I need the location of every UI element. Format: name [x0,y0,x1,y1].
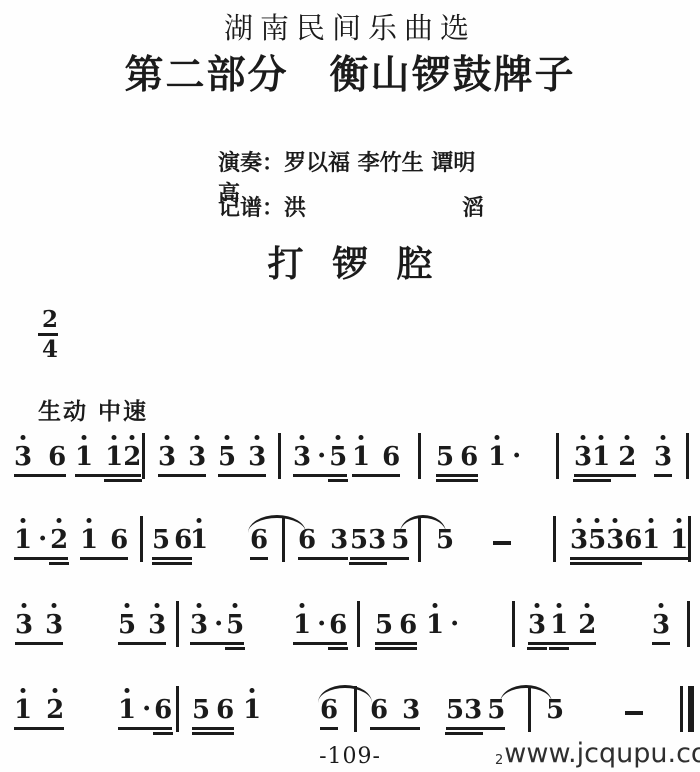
barline [512,601,515,647]
beam-underline [293,474,347,477]
beam-underline [293,642,347,645]
note-group: 6 [250,526,268,570]
sixteenth-underline [104,479,124,482]
octave-dot [130,435,135,440]
beam-underline [15,642,63,645]
beam-underline [158,474,206,477]
note: 5 [546,696,564,724]
note-row: 3·5 [190,611,244,639]
sixteenth-underline [225,647,245,650]
watermark: 2www.jcqupu.com [495,738,700,769]
beam-underline [350,557,409,560]
sixteenth-underline [445,732,465,735]
beam-underline [436,479,478,482]
octave-dot [250,688,255,693]
note-row: 312 [528,611,596,639]
octave-dot [165,435,170,440]
note-row: 56 [152,526,192,554]
octave-dot [57,518,62,523]
note-group: 63 [298,526,348,570]
barline [176,686,179,732]
octave-dot [82,435,87,440]
beam-underline [375,642,417,645]
note: 5 [436,526,454,554]
note: 1 [352,443,370,471]
beam-underline [375,647,417,650]
beam-underline [192,732,234,735]
beam-underline [14,727,64,730]
beam-underline [436,474,478,477]
note-row: 63 [298,526,348,554]
sixteenth-underline [122,479,142,482]
tie-arc [500,685,552,703]
barline [282,516,285,562]
note: 2 [46,696,64,724]
sixteenth-underline [573,479,593,482]
note-row: 56 [436,443,478,471]
note-group: 3 [654,443,672,487]
barline [418,433,421,479]
half-note-dash [625,711,643,715]
note-group: 1· [488,443,524,487]
octave-dot [595,518,600,523]
note: 1 [670,526,688,554]
music-line-2: 1·2165616635355353611 [0,513,700,573]
barline [553,516,556,562]
octave-dot [53,688,58,693]
note: 1 [75,443,93,471]
beam-underline [370,727,420,730]
note: 3 [158,443,176,471]
note: 1 [243,696,261,724]
octave-dot [125,688,130,693]
note-group: 1·6 [293,611,347,655]
beam-underline [570,562,642,565]
note: 5 [436,443,454,471]
beam-underline [14,474,66,477]
beam-underline [80,557,128,560]
note: 3 [148,611,166,639]
note: 3 [654,443,672,471]
note-row: 3 [654,443,672,471]
augmentation-dot: · [38,526,47,552]
octave-dot [649,518,654,523]
note-row: 1 [190,526,208,554]
octave-dot [233,603,238,608]
note: 2 [123,443,141,471]
note-row: 1· [488,443,524,471]
note-row: 36 [14,443,66,471]
sixteenth-underline [328,479,348,482]
note-row: 6 [320,696,338,724]
octave-dot [661,435,666,440]
octave-dot [197,518,202,523]
note: 3 [190,611,208,639]
beam-underline [570,557,642,560]
half-note-dash [493,541,511,545]
note: 1 [592,443,610,471]
note-group: 535 [446,696,505,740]
note: 6 [298,526,316,554]
note: 6 [370,696,388,724]
note: 1 [118,696,136,724]
barline [357,601,360,647]
octave-dot [557,603,562,608]
note: 6 [624,526,642,554]
note: 2 [618,443,636,471]
barline [556,433,559,479]
beam-underline [642,557,688,560]
note-group: 11 [642,526,688,570]
note-group: 56 [436,443,478,487]
note-row: 6 [250,526,268,554]
beam-underline [298,557,348,560]
note-group: 1·6 [118,696,172,740]
beam-underline [75,474,141,477]
note: 1 [105,443,123,471]
note-row: 112 [75,443,141,471]
barline [418,516,421,562]
note: 6 [329,611,347,639]
note: 6 [48,443,66,471]
note: 6 [250,526,268,554]
note-group: 312 [574,443,636,487]
sixteenth-underline [463,732,483,735]
note: 3 [248,443,266,471]
beam-underline [118,642,166,645]
beam-underline [152,562,192,565]
note: 3 [528,611,546,639]
beam-underline [528,642,596,645]
note-row: 312 [574,443,636,471]
note: 3 [606,526,624,554]
barline [278,433,281,479]
note-row: 16 [352,443,400,471]
note-row: 33 [15,611,63,639]
sixteenth-underline [349,562,369,565]
octave-dot [155,603,160,608]
barline [686,433,689,479]
note: 5 [152,526,170,554]
note-group: 5 [546,696,564,740]
beam-underline [574,474,636,477]
octave-dot [613,518,618,523]
note-row: 16 [80,526,128,554]
note: 5 [350,526,368,554]
note: 6 [382,443,400,471]
note-row: 1·2 [14,526,68,554]
note-group: 63 [370,696,420,740]
octave-dot [195,435,200,440]
note-group: 53 [218,443,266,487]
note: 3 [45,611,63,639]
beam-underline [14,557,68,560]
note-row: 53 [218,443,266,471]
note: 1 [642,526,660,554]
note-row: 1·6 [293,611,347,639]
octave-dot [52,603,57,608]
barline [528,686,531,732]
note-group: 16 [80,526,128,570]
note-row: 3·5 [293,443,347,471]
octave-dot [599,435,604,440]
note-row: 1·6 [118,696,172,724]
note-group: 112 [75,443,141,487]
octave-dot [577,518,582,523]
octave-dot [433,603,438,608]
beam-underline [152,557,192,560]
augmentation-dot: · [512,443,521,469]
note-group: 33 [158,443,206,487]
barline [688,516,691,562]
note-group: 3 [652,611,670,655]
sixteenth-underline [549,647,569,650]
note-row: 63 [370,696,420,724]
note-group: 5 [436,526,454,570]
octave-dot [21,435,26,440]
octave-dot [225,435,230,440]
barline [687,601,690,647]
octave-dot [585,603,590,608]
note-row: 5 [546,696,564,724]
augmentation-dot: · [214,611,223,637]
octave-dot [22,603,27,608]
beam-underline [652,642,670,645]
sixteenth-underline [49,562,69,565]
note: 5 [192,696,210,724]
sixteenth-underline [591,479,611,482]
barline [142,433,145,479]
note: 3 [574,443,592,471]
sheet-music-page: 湖南民间乐曲选 第二部分 衡山锣鼓牌子 演奏：罗以福 李竹生 谭明高 记谱：洪 … [0,0,700,772]
score: 3611233533·516561·31231·2165616635355353… [0,0,700,772]
octave-dot [300,435,305,440]
note: 1 [190,526,208,554]
note: 5 [588,526,606,554]
music-line-4: 121·65616635355 [0,683,700,743]
beam-underline [190,642,244,645]
augmentation-dot: · [450,611,459,637]
octave-dot [495,435,500,440]
augmentation-dot: · [317,443,326,469]
barline [176,601,179,647]
note: 2 [578,611,596,639]
note-group: 1· [426,611,462,655]
octave-dot [625,435,630,440]
note: 3 [293,443,311,471]
note-group: 1·2 [14,526,68,570]
beam-underline [192,727,234,730]
note: 3 [570,526,588,554]
note-row: 56 [375,611,417,639]
note: 3 [15,611,33,639]
octave-dot [677,518,682,523]
final-barline [680,686,694,732]
note: 1 [80,526,98,554]
beam-underline [320,727,338,730]
note-group: 12 [14,696,64,740]
beam-underline [218,474,266,477]
note: 5 [446,696,464,724]
note-row: 12 [14,696,64,724]
note: 3 [368,526,386,554]
sixteenth-underline [153,732,173,735]
sixteenth-underline [367,562,387,565]
note: 3 [652,611,670,639]
note-group: 3·5 [190,611,244,655]
barline [140,516,143,562]
note-row: 1 [243,696,261,724]
note-row: 535 [446,696,505,724]
note: 1 [426,611,444,639]
note-row: 5 [436,526,454,554]
note: 1 [488,443,506,471]
note: 1 [14,696,32,724]
note: 1 [293,611,311,639]
note-group: 1 [190,526,208,570]
octave-dot [87,518,92,523]
beam-underline [352,474,400,477]
octave-dot [197,603,202,608]
note-group: 56 [192,696,234,740]
note: 6 [399,611,417,639]
octave-dot [581,435,586,440]
octave-dot [125,603,130,608]
note-group: 53 [118,611,166,655]
beam-underline [250,557,268,560]
octave-dot [336,435,341,440]
note-group: 312 [528,611,596,655]
octave-dot [359,435,364,440]
note: 5 [375,611,393,639]
octave-dot [112,435,117,440]
note-row: 33 [158,443,206,471]
note: 1 [14,526,32,554]
note-group: 1 [243,696,261,740]
octave-dot [21,518,26,523]
octave-dot [300,603,305,608]
note: 3 [188,443,206,471]
note-row: 11 [642,526,688,554]
note: 3 [464,696,482,724]
note-row: 3 [652,611,670,639]
note-group: 3·5 [293,443,347,487]
note: 2 [50,526,68,554]
note-row: 53 [118,611,166,639]
note: 3 [402,696,420,724]
note: 5 [329,443,347,471]
note-group: 56 [152,526,192,570]
augmentation-dot: · [317,611,326,637]
beam-underline [654,474,672,477]
note-row: 56 [192,696,234,724]
music-line-3: 33533·51·6561·3123 [0,598,700,658]
note: 5 [218,443,236,471]
beam-underline [446,727,505,730]
augmentation-dot: · [142,696,151,722]
sixteenth-underline [328,647,348,650]
octave-dot [21,688,26,693]
note: 3 [14,443,32,471]
watermark-prefix: 2 [495,753,503,768]
note-group: 36 [14,443,66,487]
note: 6 [460,443,478,471]
music-line-1: 3611233533·516561·3123 [0,430,700,490]
note-group: 16 [352,443,400,487]
note: 1 [550,611,568,639]
sixteenth-underline [527,647,547,650]
note-group: 3536 [570,526,642,570]
octave-dot [659,603,664,608]
note-group: 56 [375,611,417,655]
octave-dot [255,435,260,440]
octave-dot [535,603,540,608]
note-group: 33 [15,611,63,655]
note-row: 1· [426,611,462,639]
note: 5 [118,611,136,639]
barline [354,686,357,732]
note: 6 [154,696,172,724]
note-row: 3536 [570,526,642,554]
watermark-text: www.jcqupu.com [504,738,700,769]
note: 5 [226,611,244,639]
note: 3 [330,526,348,554]
note-group: 6 [320,696,338,740]
note: 6 [320,696,338,724]
note: 6 [110,526,128,554]
beam-underline [118,727,172,730]
note: 6 [216,696,234,724]
